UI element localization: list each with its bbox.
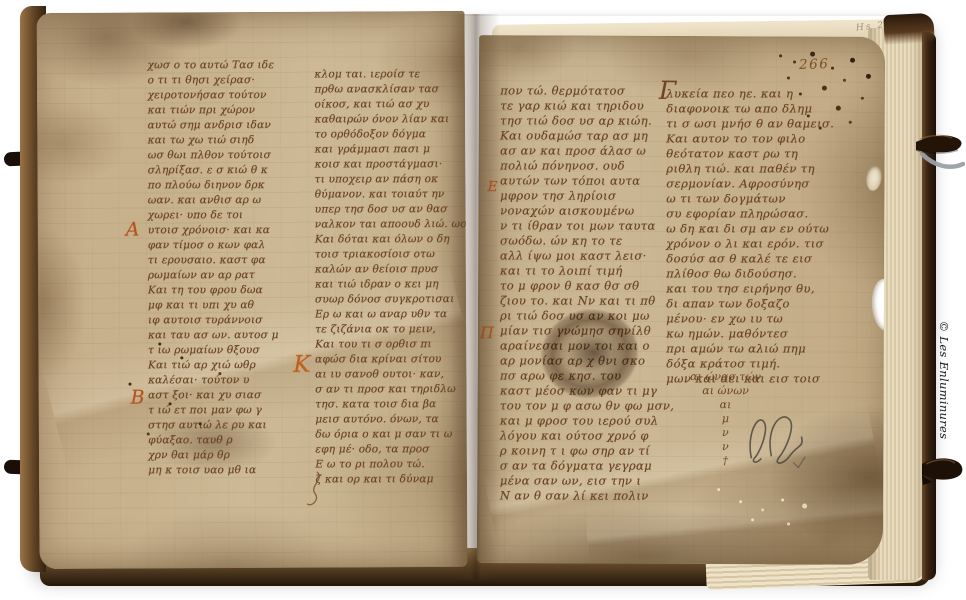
manuscript-text-line: αλλ ίψω μοι καστ λεισ· (500, 249, 674, 264)
manuscript-text-line: ρ κοινη τ ι φω σηρ αν τί (500, 444, 674, 459)
left-page: χωσ ο το αυτώ Τασ ιδεο τι τι θησι χείρασ… (37, 11, 468, 569)
manuscript-text-line: Και ουδαμώσ ταρ ασ μη (500, 129, 674, 144)
manuscript-text-line: λυκεία πεο ηε. και η (666, 86, 834, 101)
right-column-2: λυκεία πεο ηε. και ηδιαφονοικ τω απο δλη… (666, 86, 834, 386)
manuscript-text-line: αυτών των τόποι αυτα (500, 174, 674, 189)
manuscript-text-line: σ αν τι προσ και τηριδλω (315, 382, 467, 397)
manuscript-text-line: κλομ ται. ιεροίσ τε (314, 67, 467, 82)
manuscript-text-line: χωσ ο το αυτώ Τασ ιδε (148, 58, 279, 73)
manuscript-text-line: και μ φροσ του ιερού συλ (500, 414, 674, 429)
manuscript-text-line: και τιών πρι χώρον (148, 103, 279, 118)
manuscript-text-line: αι ιυ σανοθ ουτοι· καν, (315, 367, 467, 382)
manuscript-text-line: νοναχών αισκουμένω (500, 204, 674, 219)
manuscript-text-line: καλέσαι· τούτον υ (148, 373, 279, 388)
manuscript-text-line: ασ αν και προσ άλασ ω (500, 144, 674, 159)
manuscript-text-line: συ εφορίαν πληρώσασ. (666, 206, 834, 221)
manuscript-text-line: αυτώ σημ ανδρισ ιδαν (148, 118, 279, 133)
manuscript-photo: χωσ ο το αυτώ Τασ ιδεο τι τι θησι χείρασ… (0, 0, 966, 600)
manuscript-text-line: Ν αν θ σαν λί κει πολιν (500, 489, 674, 504)
manuscript-text-line: πρθω ανασκλίσαν τασ (314, 82, 467, 97)
manuscript-text-line: φύαξαο. ταυθ ρ (148, 433, 279, 448)
clasp-strap-bottom (920, 452, 966, 496)
manuscript-text-line: χειροτονήσασ τούτον (148, 88, 279, 103)
scribal-flourish (303, 470, 333, 514)
manuscript-text-line: στησ αυτιώ λε ρυ και (148, 418, 279, 433)
manuscript-text-line: λόγου και ούτοσ χρνό φ (500, 429, 674, 444)
manuscript-text-line: εφη μέ· οδο, τα προσ (315, 442, 467, 457)
manuscript-text-line: μένου· εν χω ιυ τω (666, 311, 834, 326)
manuscript-text-line: κω ημών. μαθόντεσ (666, 326, 834, 341)
manuscript-text-line: χωρει· υπο δε τοι (148, 208, 279, 223)
ink-spots (779, 54, 782, 57)
right-cover-corner (883, 13, 935, 46)
stain-core (562, 327, 626, 377)
manuscript-text-line: πλίθοσ θω διδούσησ. (666, 266, 834, 281)
manuscript-text-line: Και του τι σ ορθισ πι (315, 337, 467, 352)
parchment-hole (865, 164, 884, 192)
manuscript-text-line: τ ιώ ετ ποι μαν φω γ (148, 403, 279, 418)
manuscript-text-line: μένα σαν ων, εισ την ι (500, 474, 674, 489)
manuscript-text-line: σωόδω. ών κη το τε (500, 234, 674, 249)
manuscript-text-line: ιφ αυτοισ τυράννοισ (148, 313, 279, 328)
manuscript-text-line: Και τη του φρου δωα (148, 283, 279, 298)
manuscript-text-line: φαν τίμοσ ο κων φαλ (148, 238, 279, 253)
manuscript-text-line: ριθλη τιώ. και παθέν τη (666, 161, 834, 176)
clasp-strap-top (914, 128, 966, 176)
rubric-initial-alpha: Α (126, 219, 140, 241)
manuscript-text-line: σληρίξασ. ε σ κιώ θ κ (148, 163, 279, 178)
manuscript-text-line: και γράμμασι πασι μ (315, 142, 468, 157)
manuscript-text-line: θύμανον. και τοιαύτ ην (315, 187, 468, 202)
left-column-1: χωσ ο το αυτώ Τασ ιδεο τι τι θησι χείρασ… (148, 58, 279, 478)
manuscript-text-line: διαφονοικ τω απο δλημ (666, 101, 834, 116)
manuscript-text-line: τοισ τριακοσίοισ οτω (315, 247, 468, 262)
manuscript-text-line: τι σ ωσι μνήσ θ αν θαμεισ. (666, 116, 834, 131)
manuscript-text-line: αστ ξοι· και χυ σιασ (148, 388, 279, 403)
manuscript-text-line: το ορθόδοξον δόγμα (315, 127, 468, 142)
torn-edge-notch (870, 278, 885, 332)
worm-holes (717, 488, 720, 491)
rubric-initial-epsilon: Ε (487, 179, 497, 195)
colophon-line: αι ώνων (664, 384, 788, 399)
manuscript-text-line: δοσύσ ασ θ καλέ τε εισ (666, 251, 834, 266)
manuscript-text-line: δι απαν των δοξαζο (666, 296, 834, 311)
manuscript-text-line: τι υποχειρ αν πάση οκ (315, 172, 468, 187)
rubric-initial-pi: Π (480, 323, 494, 342)
left-column-2: κλομ ται. ιεροίσ τεπρθω ανασκλίσαν τασοί… (314, 67, 467, 487)
manuscript-text-line: τησ. κατα τοισ δια βα (315, 397, 467, 412)
manuscript-text-line: και τι το λοιπί τιμή (500, 264, 674, 279)
rubric-initial-beta: Β (131, 387, 145, 409)
manuscript-text-line: ωσ θωι πλθον τούτοισ (148, 148, 279, 163)
manuscript-text-line: πον τώ. θερμότατοσ (500, 84, 674, 99)
manuscript-text-line: κοισ και προστάγμασι· (315, 157, 468, 172)
manuscript-text-line: τ ιω ρωμαίων θξουσ (148, 343, 279, 358)
photo-credit: © Les Enluminures (937, 321, 951, 440)
manuscript-text-line: σ αν τα δόγματα γεγραμ (500, 459, 674, 474)
manuscript-text-line: αφώσ δια κρίναι σίτου (315, 352, 467, 367)
pen-trial-doodle (741, 408, 821, 470)
manuscript-text-line: ωαν. και ανθισ αρ ω (148, 193, 279, 208)
manuscript-text-line: Ερ ω και ω αναρ υθν τα (315, 307, 467, 322)
manuscript-text-line: σερμονίαν. Αφροσύνησ (666, 176, 834, 191)
folio-number: 266 (799, 56, 830, 73)
manuscript-text-line: μεισ αυτόνο. όνων, τα (315, 412, 467, 427)
manuscript-text-line: θεότατον καστ ρω τη (666, 146, 834, 161)
manuscript-text-line: τησ τιώ δοσ υσ αρ κιώη. (500, 114, 674, 129)
manuscript-text-line: χρόνον ο λι και ερόν. τισ (666, 236, 834, 251)
manuscript-text-line: Και δόται και όλων ο δη (315, 232, 468, 247)
manuscript-text-line: μφ και τι υπι χυ αθ (148, 298, 279, 313)
manuscript-text-line: Ε ω το ρι πολου τώ. (315, 457, 467, 472)
manuscript-text-line: τι ερουσαιο. καστ φα (148, 253, 279, 268)
ink-specks (158, 342, 161, 345)
manuscript-text-line: πολιώ πόνηνοσ. ουδ (500, 159, 674, 174)
manuscript-text-line: Και τιώ αρ χιώ ωθρ (148, 358, 279, 373)
manuscript-text-line: συωρ δόνοσ συγκροτισαι (315, 292, 467, 307)
manuscript-text-line: τε γαρ κιώ και τηριδου (500, 99, 674, 114)
manuscript-text-line: ν τι ίθραν τοι μων ταυτα (500, 219, 674, 234)
manuscript-text-line: τε ζιζάνια οκ το μειν, (315, 322, 467, 337)
manuscript-text-line: καθαιρών όνον λίαν και (315, 112, 468, 127)
manuscript-text-line: οίκοσ, και τιώ ασ χυ (314, 97, 467, 112)
manuscript-text-line: υτοισ χρόνοισ· και κα (148, 223, 279, 238)
initial-gamma: Γ (659, 76, 676, 105)
manuscript-text-line: μη κ τοισ υαο μθ ια (148, 463, 279, 478)
manuscript-text-line: πο πλούω διηνον δρκ (148, 178, 279, 193)
colophon-line: αι ώνασ τών (664, 370, 788, 385)
manuscript-text-line: το μ φρον θ κασ θσ σθ (500, 279, 674, 294)
manuscript-text-line: ο τι τι θησι χείρασ· (148, 73, 279, 88)
manuscript-text-line: Και αυτον το τον φιλο (666, 131, 834, 146)
right-page: 266 πον τώ. θερμότατοστε γαρ κιώ και τηρ… (477, 35, 885, 565)
manuscript-text-line: ζ και ορ και τι δύναμ (315, 472, 467, 487)
manuscript-text-line: και τω χω τιώ σιηδ (148, 133, 279, 148)
right-cover-edge (922, 32, 936, 580)
manuscript-text-line: ω δη και δι σμ αν εν ούτω (666, 221, 834, 236)
manuscript-text-line: μφρον τησ ληρίοισ (500, 189, 674, 204)
manuscript-text-line: ρωμαίων αν αρ ρατ (148, 268, 279, 283)
manuscript-text-line: και του τησ ειρήνησ θυ, (666, 281, 834, 296)
manuscript-text-line: πρι αμών τω αλιώ πημ (666, 341, 834, 356)
manuscript-text-line: και ταυ ασ ων. αυτοσ μ (148, 328, 279, 343)
right-column-1: πον τώ. θερμότατοστε γαρ κιώ και τηριδου… (500, 84, 675, 504)
manuscript-text-line: δω όρια ο και μ σαν τι ω (315, 427, 467, 442)
manuscript-text-line: ναλκον ται αποουδ λιώ. ωσ (315, 217, 468, 232)
rubric-initial-kappa: Κ (293, 352, 310, 378)
manuscript-text-line: χρν θαι μάρ θρ (148, 448, 279, 463)
manuscript-text-line: ω τι των δογμάτων (666, 191, 834, 206)
manuscript-text-line: υπερ τησ δοσ υσ αν θασ (315, 202, 468, 217)
manuscript-text-line: καλών αν θείοισ πρυσ (315, 262, 468, 277)
manuscript-text-line: και τιώ ιδραν ο κει μη (315, 277, 468, 292)
